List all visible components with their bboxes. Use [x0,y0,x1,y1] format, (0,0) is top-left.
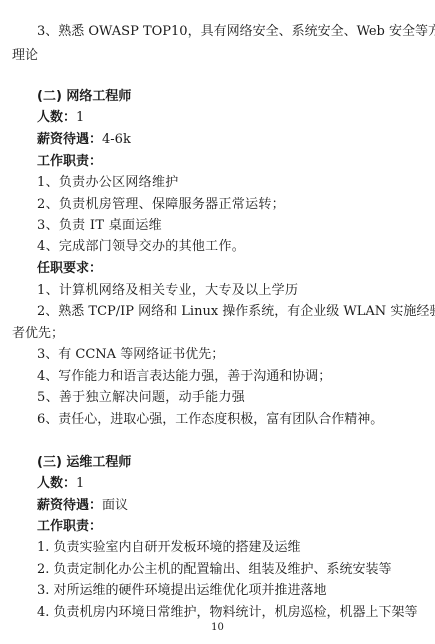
duty-item: 3. 对所运维的硬件环境提出运维优化项并推进落地 [37,583,327,599]
headcount-row: 人数：1 [37,476,84,492]
duties-label: 工作职责： [37,154,102,170]
requirement-item: 1、计算机网络及相关专业，大专及以上学历 [37,283,298,299]
duty-item: 1. 负责实验室内自研开发板环境的搭建及运维 [37,540,301,556]
section-heading-ops-engineer: (三) 运维工程师 [37,455,131,471]
duty-item: 1、负责办公区网络维护 [37,175,179,191]
requirement-item: 6、责任心，进取心强，工作态度积极，富有团队合作精神。 [37,412,383,428]
duty-item: 2、负责机房管理、保障服务器正常运转； [37,197,285,213]
salary-row: 薪资待遇：4-6k [37,132,131,148]
requirement-item: 3、有 CCNA 等网络证书优先； [37,347,224,363]
salary-label: 薪资待遇： [37,498,102,513]
salary-label: 薪资待遇： [37,132,102,147]
headcount-label: 人数： [37,476,76,491]
duty-item: 3、负责 IT 桌面运维 [37,218,162,234]
headcount-row: 人数：1 [37,110,84,126]
duty-item: 2. 负责定制化办公主机的配置输出、组装及维护、系统安装等 [37,562,392,578]
headcount-value: 1 [76,476,84,491]
requirement-item: 5、善于独立解决问题，动手能力强 [37,390,245,406]
requirement-item: 4、写作能力和语言表达能力强，善于沟通和协调； [37,369,331,385]
page-number: 10 [0,622,435,633]
intro-line-2: 理论 [12,48,38,64]
duty-item: 4. 负责机房内环境日常维护，物料统计，机房巡检，机器上下架等 [37,605,418,621]
headcount-value: 1 [76,110,84,125]
requirement-item: 2、熟悉 TCP/IP 网络和 Linux 操作系统，有企业级 WLAN 实施经… [37,304,435,320]
salary-value: 面议 [102,498,128,513]
intro-line-1: 3、熟悉 OWASP TOP10，具有网络安全、系统安全、Web 安全等方面的 [37,24,435,40]
requirement-item-continuation: 者优先； [12,326,64,342]
salary-value: 4-6k [102,132,131,147]
section-heading-network-engineer: (二) 网络工程师 [37,89,131,105]
duties-label: 工作职责： [37,519,102,535]
requirements-label: 任职要求： [37,261,102,277]
duty-item: 4、完成部门领导交办的其他工作。 [37,239,245,255]
salary-row: 薪资待遇：面议 [37,498,128,514]
headcount-label: 人数： [37,110,76,125]
